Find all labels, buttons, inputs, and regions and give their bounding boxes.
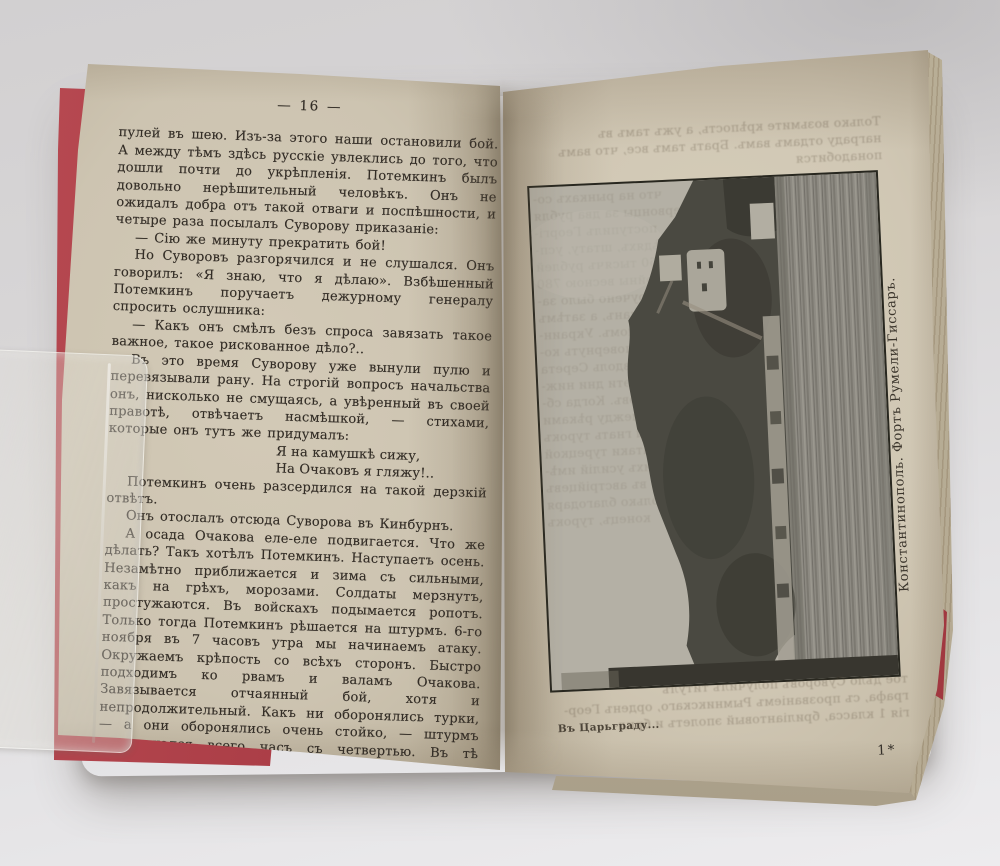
show-through-text-top: Только возьмите крѣпость, а ужъ тамъ въ …: [515, 112, 883, 180]
signature-mark: 1*: [877, 742, 897, 759]
right-page: Только возьмите крѣпость, а ужъ тамъ въ …: [503, 48, 948, 800]
plastic-sleeve: [0, 348, 148, 753]
photo-backdrop: Только возьмите крѣпость, а ужъ тамъ въ …: [0, 0, 1000, 866]
paragraph: Но Суворовъ разгорячился и не слушался. …: [113, 246, 495, 328]
fort-photo-svg: [529, 172, 898, 690]
left-page-text: — 16 — пулей въ шею. Изъ-за этого наши о…: [96, 92, 499, 815]
right-page-content: Только возьмите крѣпость, а ужъ тамъ въ …: [505, 75, 968, 794]
illustration-frame: что на рынкахъ со- червонцы за два рубля…: [527, 170, 901, 692]
paragraph: Въ это время Суворову уже вынули пулю и …: [109, 351, 492, 451]
paragraph: пулей въ шею. Изъ-за этого наши останови…: [115, 124, 498, 241]
